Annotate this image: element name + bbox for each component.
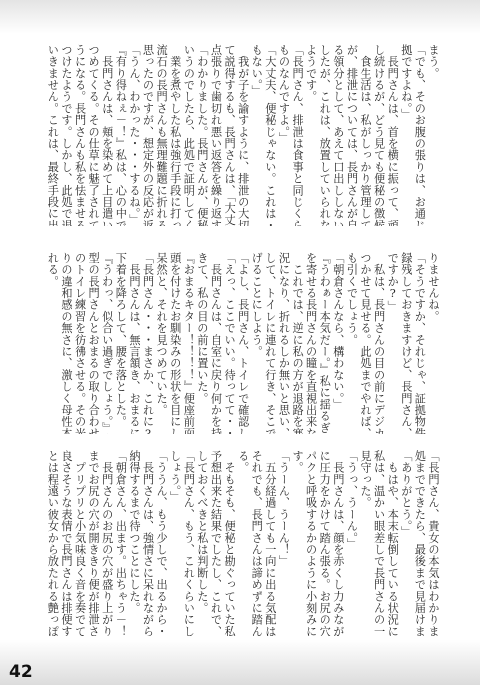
text-column: 「うーん、うーん！」 (277, 450, 291, 636)
text-column: 「長門さん・・・まさか、これに?!」 (141, 252, 155, 434)
text-column: しておくべきと私は判断した。 (195, 450, 209, 636)
text-column: まう。 (426, 44, 440, 226)
text-column: 我が子を諭すように、排泄の大切さについ (236, 44, 250, 226)
text-column: 私は、長門さんの目の前にデジカメをちら (372, 252, 386, 434)
text-tier-bottom: 「長門さん、貴女の本気はわかりました。此処までできたら、最後まで見届けましょう。… (30, 450, 440, 636)
text-column: 長門さんのお尻の穴が盛り上がり、最大限 (100, 450, 114, 636)
text-column: 『有り得ねぇ－！』私は、心の中で叫んでいた。 (114, 44, 128, 226)
text-column: 「長門さん、もう、これくらいにしておきま (182, 450, 196, 636)
text-column: も引くでしょう。 (345, 252, 359, 434)
text-column: 良さそうな表情で長門さんは排便する。色気 (59, 450, 73, 636)
text-column: しょう。」 (168, 450, 182, 636)
text-column: 食生活は、私がしっかり管理してはいます (358, 44, 372, 226)
text-column: 長門さんは、自室に戻り何かを持ち出して (209, 252, 223, 434)
text-column: 「うん、わかった・・・するね。」 (127, 44, 141, 226)
text-tier-top: まう。「でも、そのお腹の張りは、お通じがない証拠ですよね。」 長門さんは、首を横… (30, 44, 440, 226)
text-column: つかせて見せる。此処までやれば、変な意地 (358, 252, 372, 434)
text-column: 『おまるキター！！！！』便座前面にアヒルの (182, 252, 196, 434)
text-column: を寄せる長門さんの瞳を直視出来なかった。 (304, 252, 318, 434)
text-column: 五分経過しても一向に出る気配は無かった。 (263, 450, 277, 636)
text-column: 「うっ、うーん。」 (345, 450, 359, 636)
text-column: つけたようです。しかし、此処で退く訳には (59, 44, 73, 226)
text-column: いきません。これは、最終手段に出るしかあ (46, 44, 60, 226)
text-column: て説得するも、長門さんは、「大丈夫。」の一 (223, 44, 237, 226)
text-column: して、トイレに連れて行き、そこで白旗を上 (263, 252, 277, 434)
text-column: 「よし、長門さん、トイレで確認しましょう。」 (236, 252, 250, 434)
text-column: 「ありがとう。」 (399, 450, 413, 636)
text-column: 「長門さん、貴女の本気はわかりました。此 (426, 450, 440, 636)
text-column: それでも、長門さんは諦めずに踏ん張り続け (250, 450, 264, 636)
text-column: きて、私の目の前に置いた。 (195, 252, 209, 434)
text-column: 『うわっ、似合い過ぎでしょう。』未成熟な体 (100, 252, 114, 434)
text-column: これでは、逆に私の方が退路を塞がれた状 (290, 252, 304, 434)
text-column: 「わかりました。長門さんが、便秘で無いと (195, 44, 209, 226)
text-column: 私は、温かい眼差しで長門さんの一挙一動を (372, 450, 386, 636)
text-column: 長門さんは、強情さに呆れながら、本人が (141, 450, 155, 636)
page-header-band (0, 0, 480, 34)
text-column: 「そうですか、それじゃ、証拠物件として記 (413, 252, 427, 434)
text-column: 業を煮やした私は強行手段に打って出た。 (168, 44, 182, 226)
text-column: そもそも、便秘と勘ぐっていた私としては、 (223, 450, 237, 636)
text-column: ですか?」 (386, 252, 400, 434)
text-column: 長門さんは、顔を赤くし力みながら、お腹 (331, 450, 345, 636)
text-column: うになる。長門さんも私を怯ませる術を身に (73, 44, 87, 226)
text-column: 「長門さん、排泄は食事と同じくらい大事な (290, 44, 304, 226)
text-column: 況になり、折れるしか無いと思い、妥協案と (277, 252, 291, 434)
text-column: 「大丈夫、便秘じゃない。これは・・・何で (263, 44, 277, 226)
text-column: る。 (236, 450, 250, 636)
text-column: が、排泄については、長門さんが自己管理す (345, 44, 359, 226)
text-column: 点張りで歯切れ悪い返答を繰り返す。 (209, 44, 223, 226)
text-column: 処までできたら、最後まで見届けましょう。」 (413, 450, 427, 636)
text-column: 予想出来た結果でしたし、これで、手打ちに (209, 450, 223, 636)
text-column: りの違和感の無さに、激しく母性本能を擽ら (59, 252, 73, 434)
text-column: 頭を付けたお馴染みの形状を目にして、私は、 (168, 252, 182, 434)
text-column: 録残しておきますけど、長門さん、よろしい (399, 252, 413, 434)
text-column: れる。 (46, 252, 60, 434)
text-column: つめてくる。その仕草に魅了されてしまいそ (87, 44, 101, 226)
text-column: 型の長門さんとおまるの取り合わせ、幼児 (87, 252, 101, 434)
text-column: もはや、本末転倒している状況に流され、 (386, 450, 400, 636)
text-column: げることにしよう。 (250, 252, 264, 434)
text-column: もない。」 (250, 44, 264, 226)
text-column: 長門さんは、頬を染めて上目遣いで私を見 (100, 44, 114, 226)
text-column: ようです。 (304, 44, 318, 226)
text-column: 見守った。 (358, 450, 372, 636)
text-column: 下着を降ろして、腰を落とした。 (114, 252, 128, 434)
text-column: に圧力をかけて踏ん張る。お尻の穴が、パク (318, 450, 332, 636)
text-column: 『うわぁー本気だー。』私に揺るぎない信頼 (318, 252, 332, 434)
text-column: とは程遠い彼女から放たれる艶っぽい雰囲気 (46, 450, 60, 636)
text-column: 「えっ、ここでいい。待ってて・・・。」 (223, 252, 237, 434)
text-column: のトイレ練習を彷彿させる。その光景が、余 (73, 252, 87, 434)
text-column: 流石の長門さんも無理難題に折れるだろうと (155, 44, 169, 226)
text-column: し続けるが、どう見ても便秘の徴候である。 (372, 44, 386, 226)
text-column: 「でも、そのお腹の張りは、お通じがない証 (413, 44, 427, 226)
text-column: 長門さんは、首を横に振って、頑なに否定 (386, 44, 400, 226)
text-column: までお尻の穴が開ききり便が排泄され始めた。 (87, 450, 101, 636)
text-column: 長門さんは、無言頷き、おまるに跨がり、 (127, 252, 141, 434)
text-column: 呆然と、それを見つめていた。 (155, 252, 169, 434)
text-column: したが、これは、放置していられない状態の (318, 44, 332, 226)
text-column: パクと呼吸するかのように小刻みに伸縮し出 (304, 450, 318, 636)
text-column: る領分として、あえて口出ししないつもりで (331, 44, 345, 226)
page-footer-band (0, 640, 480, 685)
text-column: プリプリと小気味良く音を奏でて、気持ち (73, 450, 87, 636)
text-column: 「ううん、もう少しで、出るから・・・。」 (155, 450, 169, 636)
text-column: 納得するまで待つことにした。 (127, 450, 141, 636)
text-tier-middle: りませんね。「そうですか、それじゃ、証拠物件として記録残しておきますけど、長門さ… (30, 252, 440, 434)
page-number: 42 (9, 662, 33, 682)
text-column: 拠ですよね。」 (399, 44, 413, 226)
text-column: ものなんですよ。」 (277, 44, 291, 226)
text-column: いうのでしたら、此処で証明してください。」 (182, 44, 196, 226)
text-column: す。 (290, 450, 304, 636)
text-column: りませんね。 (426, 252, 440, 434)
text-column: 「朝倉さんなら、構わない。」 (331, 252, 345, 434)
text-column: 「朝倉さん、出ます。出ちゃう－！」 (114, 450, 128, 636)
text-column: 思ったのですが、想定外の反応が返ってきた。 (141, 44, 155, 226)
